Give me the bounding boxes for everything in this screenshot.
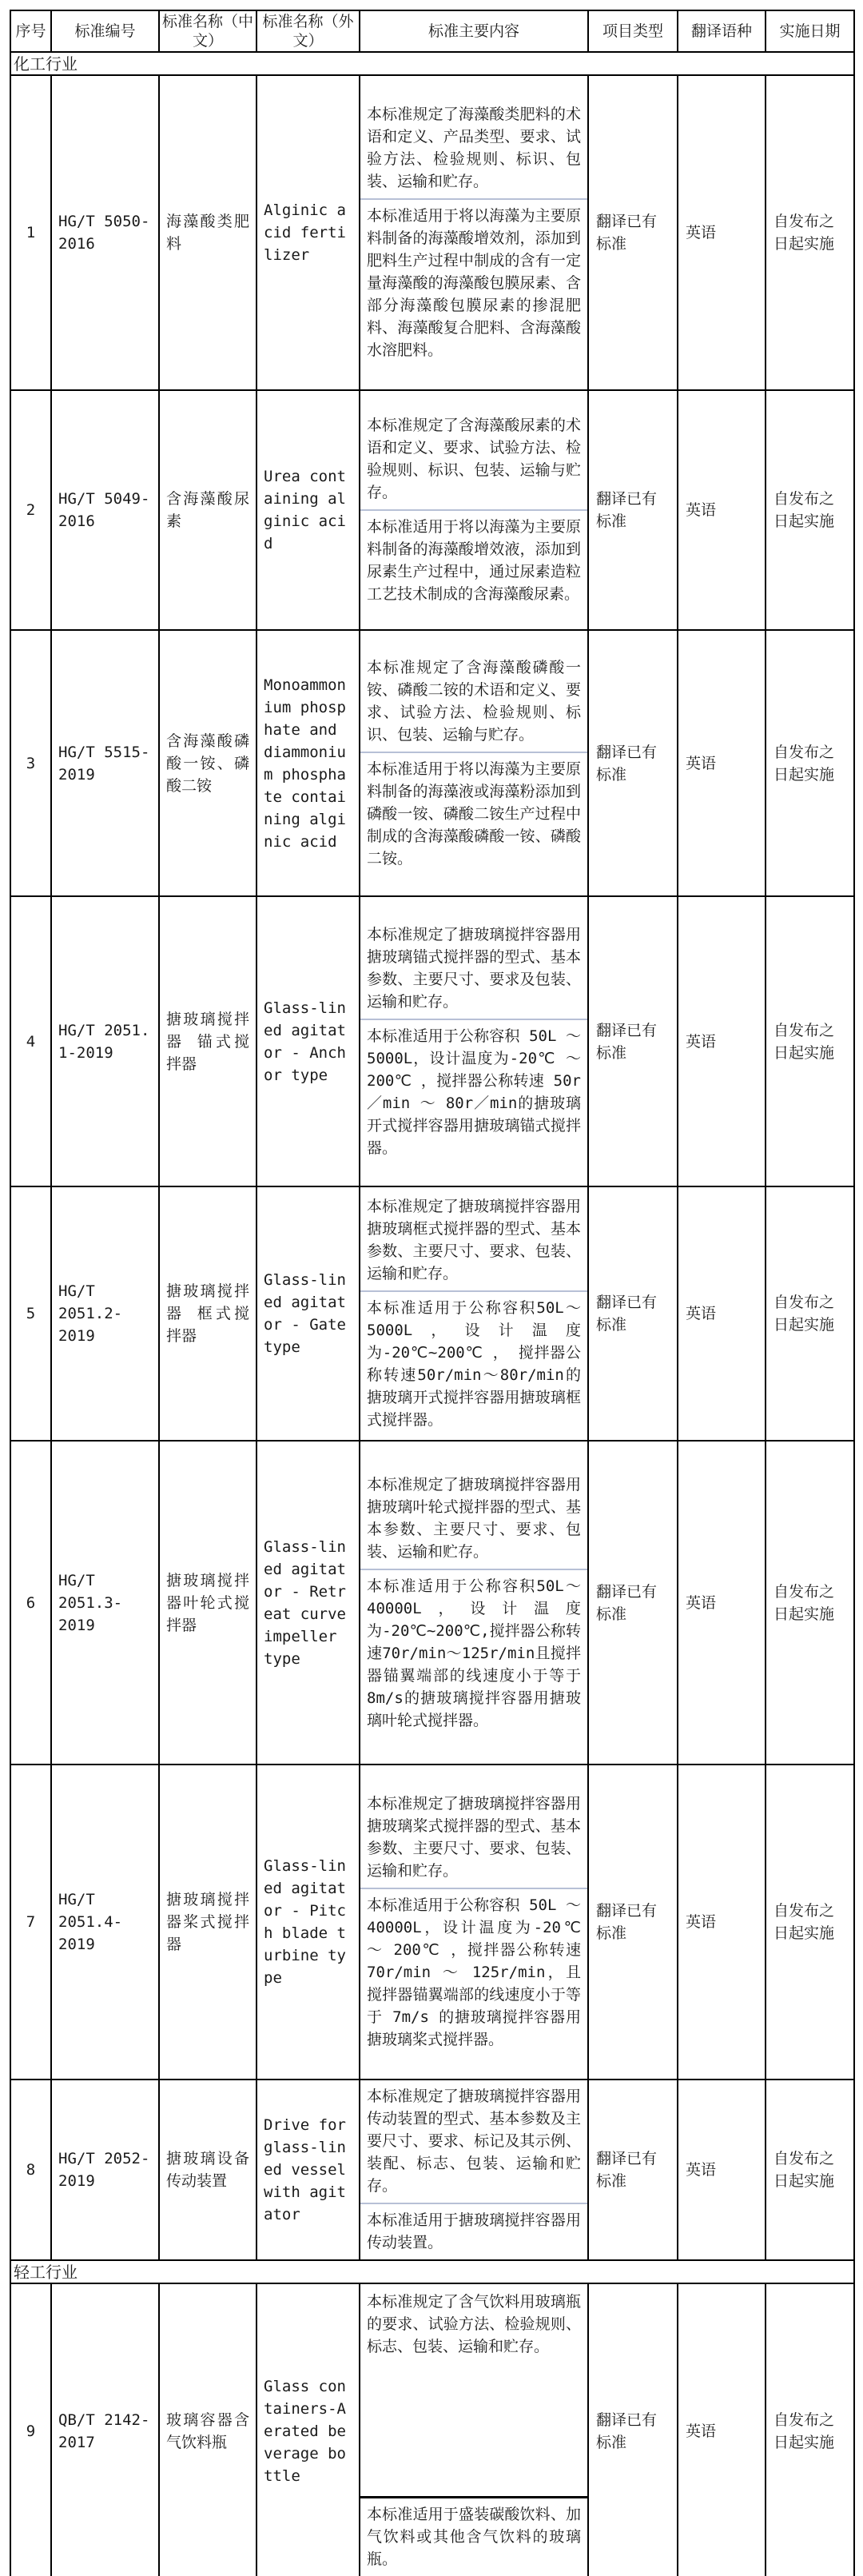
cell-project-type: 翻译已有标准 <box>588 2080 678 2260</box>
cell-main-content: 本标准规定了含海藻酸磷酸一铵、磷酸二铵的术语和定义、要求、试验方法、检验规则、标… <box>360 630 588 896</box>
cell-standard-name-en: Glass-lined agitator - Pitch blade turbi… <box>257 1765 360 2080</box>
cell-serial-number: 1 <box>10 75 51 390</box>
cell-main-content: 本标准规定了搪玻璃搅拌容器用传动装置的型式、基本参数及主要尺寸、要求、标记及其示… <box>360 2080 588 2260</box>
table-row: 6 HG/T 2051.3-2019 搪玻璃搅拌器叶轮式搅拌器 Glass-li… <box>10 1441 854 1765</box>
standards-table: 序号 标准编号 标准名称（中文） 标准名称（外文） 标准主要内容 项目类型 翻译… <box>10 10 855 2576</box>
main-content-wrap: 本标准规定了搪玻璃搅拌容器用搪玻璃叶轮式搅拌器的型式、基本参数、主要尺寸、要求、… <box>360 1469 587 1737</box>
cell-translation-language: 英语 <box>678 2080 766 2260</box>
section-title: 轻工行业 <box>10 2260 854 2283</box>
content-scope-paragraph: 本标准规定了搪玻璃搅拌容器用搪玻璃锚式搅拌器的型式、基本参数、主要尺寸、要求及包… <box>360 919 587 1019</box>
cell-standard-code: HG/T 5515-2019 <box>51 630 159 896</box>
cell-translation-language: 英语 <box>678 896 766 1186</box>
col-header-main-content: 标准主要内容 <box>360 10 588 52</box>
cell-translation-language: 英语 <box>678 1765 766 2080</box>
main-content-wrap: 本标准规定了搪玻璃搅拌容器用搪玻璃桨式搅拌器的型式、基本参数、主要尺寸、要求、包… <box>360 1788 587 2056</box>
document-page: 序号 标准编号 标准名称（中文） 标准名称（外文） 标准主要内容 项目类型 翻译… <box>0 0 863 2576</box>
cell-standard-name-cn: 含海藻酸磷酸一铵、磷酸二铵 <box>159 630 257 896</box>
col-header-implementation-date: 实施日期 <box>766 10 854 52</box>
cell-serial-number: 4 <box>10 896 51 1186</box>
cell-standard-code: HG/T 2051.4-2019 <box>51 1765 159 2080</box>
main-content-wrap: 本标准规定了含气饮料用玻璃瓶的要求、试验方法、检验规则、标志、包装、运输和贮存。… <box>360 2286 587 2576</box>
content-application-paragraph: 本标准适用于公称容积50L～5000L，设计温度为-20℃~200℃ ， 搅拌器… <box>360 1290 587 1437</box>
table-row: 1 HG/T 5050-2016 海藻酸类肥料 Alginic acid fer… <box>10 75 854 390</box>
content-application-paragraph: 本标准适用于盛装碳酸饮料、加气饮料或其他含气饮料的玻璃瓶。 <box>360 2496 587 2576</box>
content-application-paragraph: 本标准适用于公称容积50L～40000L，设计温度为-20℃~200℃,搅拌器公… <box>360 1569 587 1737</box>
cell-standard-name-cn: 搪玻璃搅拌器叶轮式搅拌器 <box>159 1441 257 1765</box>
cell-main-content: 本标准规定了海藻酸类肥料的术语和定义、产品类型、要求、试验方法、检验规则、标识、… <box>360 75 588 390</box>
content-application-paragraph: 本标准适用于搪玻璃搅拌容器用传动装置。 <box>360 2203 587 2259</box>
cell-standard-code: QB/T 2142-2017 <box>51 2283 159 2576</box>
cell-implementation-date: 自发布之日起实施 <box>766 1765 854 2080</box>
cell-project-type: 翻译已有标准 <box>588 75 678 390</box>
col-header-project-type: 项目类型 <box>588 10 678 52</box>
cell-standard-name-en: Glass containers-Aerated beverage bottle <box>257 2283 360 2576</box>
header-row: 序号 标准编号 标准名称（中文） 标准名称（外文） 标准主要内容 项目类型 翻译… <box>10 10 854 52</box>
cell-serial-number: 6 <box>10 1441 51 1765</box>
content-application-paragraph: 本标准适用于将以海藻为主要原料制备的海藻酸增效液，添加到尿素生产过程中，通过尿素… <box>360 509 587 611</box>
cell-translation-language: 英语 <box>678 2283 766 2576</box>
cell-standard-code: HG/T 2051. 1-2019 <box>51 896 159 1186</box>
cell-implementation-date: 自发布之日起实施 <box>766 896 854 1186</box>
content-application-paragraph: 本标准适用于公称容积 50L ～ 5000L，设计温度为-20℃ ～ 200℃ … <box>360 1019 587 1165</box>
cell-project-type: 翻译已有标准 <box>588 1186 678 1441</box>
content-scope-paragraph: 本标准规定了搪玻璃搅拌容器用传动装置的型式、基本参数及主要尺寸、要求、标记及其示… <box>360 2080 587 2203</box>
cell-implementation-date: 自发布之日起实施 <box>766 75 854 390</box>
col-header-standard-name-cn: 标准名称（中文） <box>159 10 257 52</box>
cell-translation-language: 英语 <box>678 75 766 390</box>
cell-standard-name-cn: 搪玻璃设备传动装置 <box>159 2080 257 2260</box>
cell-implementation-date: 自发布之日起实施 <box>766 2080 854 2260</box>
table-row: 3 HG/T 5515-2019 含海藻酸磷酸一铵、磷酸二铵 Monoammon… <box>10 630 854 896</box>
cell-main-content: 本标准规定了搪玻璃搅拌容器用搪玻璃叶轮式搅拌器的型式、基本参数、主要尺寸、要求、… <box>360 1441 588 1765</box>
main-content-wrap: 本标准规定了含海藻酸磷酸一铵、磷酸二铵的术语和定义、要求、试验方法、检验规则、标… <box>360 652 587 875</box>
cell-standard-name-en: Monoammonium phosphate and diammonium ph… <box>257 630 360 896</box>
cell-translation-language: 英语 <box>678 390 766 630</box>
cell-standard-code: HG/T 2052-2019 <box>51 2080 159 2260</box>
cell-project-type: 翻译已有标准 <box>588 1441 678 1765</box>
section-title: 化工行业 <box>10 52 854 75</box>
content-scope-paragraph: 本标准规定了搪玻璃搅拌容器用搪玻璃桨式搅拌器的型式、基本参数、主要尺寸、要求、包… <box>360 1788 587 1888</box>
cell-project-type: 翻译已有标准 <box>588 630 678 896</box>
cell-standard-name-cn: 搪玻璃搅拌器 框式搅拌器 <box>159 1186 257 1441</box>
cell-serial-number: 7 <box>10 1765 51 2080</box>
main-content-wrap: 本标准规定了搪玻璃搅拌容器用传动装置的型式、基本参数及主要尺寸、要求、标记及其示… <box>360 2080 587 2259</box>
cell-standard-name-cn: 搪玻璃搅拌器 锚式搅拌器 <box>159 896 257 1186</box>
content-scope-paragraph: 本标准规定了含气饮料用玻璃瓶的要求、试验方法、检验规则、标志、包装、运输和贮存。 <box>360 2286 587 2496</box>
cell-main-content: 本标准规定了搪玻璃搅拌容器用搪玻璃框式搅拌器的型式、基本参数、主要尺寸、要求、包… <box>360 1186 588 1441</box>
cell-main-content: 本标准规定了含气饮料用玻璃瓶的要求、试验方法、检验规则、标志、包装、运输和贮存。… <box>360 2283 588 2576</box>
col-header-translation-language: 翻译语种 <box>678 10 766 52</box>
table-row: 9 QB/T 2142-2017 玻璃容器含气饮料瓶 Glass contain… <box>10 2283 854 2576</box>
cell-implementation-date: 自发布之日起实施 <box>766 1441 854 1765</box>
cell-standard-name-en: Glass-lined agitator - Retreat curve imp… <box>257 1441 360 1765</box>
table-row: 8 HG/T 2052-2019 搪玻璃设备传动装置 Drive for gla… <box>10 2080 854 2260</box>
cell-project-type: 翻译已有标准 <box>588 2283 678 2576</box>
main-content-wrap: 本标准规定了海藻酸类肥料的术语和定义、产品类型、要求、试验方法、检验规则、标识、… <box>360 98 587 367</box>
cell-standard-name-en: Alginic acid fertilizer <box>257 75 360 390</box>
cell-standard-code: HG/T 5049-2016 <box>51 390 159 630</box>
cell-standard-name-en: Glass-lined agitator - Anchor type <box>257 896 360 1186</box>
col-header-standard-name-en: 标准名称（外文） <box>257 10 360 52</box>
cell-main-content: 本标准规定了搪玻璃搅拌容器用搪玻璃桨式搅拌器的型式、基本参数、主要尺寸、要求、包… <box>360 1765 588 2080</box>
col-header-standard-code: 标准编号 <box>51 10 159 52</box>
cell-implementation-date: 自发布之日起实施 <box>766 2283 854 2576</box>
cell-translation-language: 英语 <box>678 1186 766 1441</box>
col-header-serial-number: 序号 <box>10 10 51 52</box>
main-content-wrap: 本标准规定了搪玻璃搅拌容器用搪玻璃锚式搅拌器的型式、基本参数、主要尺寸、要求及包… <box>360 919 587 1165</box>
cell-standard-name-en: Drive for glass-lined vessel with agitat… <box>257 2080 360 2260</box>
table-row: 5 HG/T 2051.2-2019 搪玻璃搅拌器 框式搅拌器 Glass-li… <box>10 1186 854 1441</box>
section-row: 化工行业 <box>10 52 854 75</box>
main-content-wrap: 本标准规定了含海藻酸尿素的术语和定义、要求、试验方法、检验规则、标识、包装、运输… <box>360 409 587 611</box>
cell-standard-code: HG/T 2051.3-2019 <box>51 1441 159 1765</box>
cell-standard-name-cn: 海藻酸类肥料 <box>159 75 257 390</box>
table-row: 2 HG/T 5049-2016 含海藻酸尿素 Urea containing … <box>10 390 854 630</box>
content-scope-paragraph: 本标准规定了搪玻璃搅拌容器用搪玻璃叶轮式搅拌器的型式、基本参数、主要尺寸、要求、… <box>360 1469 587 1569</box>
cell-serial-number: 8 <box>10 2080 51 2260</box>
cell-serial-number: 2 <box>10 390 51 630</box>
cell-project-type: 翻译已有标准 <box>588 390 678 630</box>
cell-standard-code: HG/T 2051.2-2019 <box>51 1186 159 1441</box>
cell-serial-number: 5 <box>10 1186 51 1441</box>
content-scope-paragraph: 本标准规定了搪玻璃搅拌容器用搪玻璃框式搅拌器的型式、基本参数、主要尺寸、要求、包… <box>360 1190 587 1290</box>
table-row: 4 HG/T 2051. 1-2019 搪玻璃搅拌器 锚式搅拌器 Glass-l… <box>10 896 854 1186</box>
content-scope-paragraph: 本标准规定了含海藻酸磷酸一铵、磷酸二铵的术语和定义、要求、试验方法、检验规则、标… <box>360 652 587 752</box>
cell-implementation-date: 自发布之日起实施 <box>766 1186 854 1441</box>
cell-standard-code: HG/T 5050-2016 <box>51 75 159 390</box>
content-scope-paragraph: 本标准规定了海藻酸类肥料的术语和定义、产品类型、要求、试验方法、检验规则、标识、… <box>360 98 587 198</box>
cell-serial-number: 3 <box>10 630 51 896</box>
cell-project-type: 翻译已有标准 <box>588 1765 678 2080</box>
cell-standard-name-en: Glass-lined agitator - Gate type <box>257 1186 360 1441</box>
cell-standard-name-en: Urea containing alginic acid <box>257 390 360 630</box>
cell-standard-name-cn: 搪玻璃搅拌器桨式搅拌器 <box>159 1765 257 2080</box>
cell-project-type: 翻译已有标准 <box>588 896 678 1186</box>
content-application-paragraph: 本标准适用于将以海藻为主要原料制备的海藻酸增效剂，添加到肥料生产过程中制成的含有… <box>360 198 587 367</box>
main-content-wrap: 本标准规定了搪玻璃搅拌容器用搪玻璃框式搅拌器的型式、基本参数、主要尺寸、要求、包… <box>360 1190 587 1437</box>
cell-standard-name-cn: 含海藻酸尿素 <box>159 390 257 630</box>
content-scope-paragraph: 本标准规定了含海藻酸尿素的术语和定义、要求、试验方法、检验规则、标识、包装、运输… <box>360 409 587 509</box>
cell-serial-number: 9 <box>10 2283 51 2576</box>
cell-implementation-date: 自发布之日起实施 <box>766 630 854 896</box>
content-application-paragraph: 本标准适用于将以海藻为主要原料制备的海藻液或海藻粉添加到磷酸一铵、磷酸二铵生产过… <box>360 752 587 875</box>
cell-translation-language: 英语 <box>678 1441 766 1765</box>
cell-standard-name-cn: 玻璃容器含气饮料瓶 <box>159 2283 257 2576</box>
section-row: 轻工行业 <box>10 2260 854 2283</box>
cell-main-content: 本标准规定了含海藻酸尿素的术语和定义、要求、试验方法、检验规则、标识、包装、运输… <box>360 390 588 630</box>
cell-implementation-date: 自发布之日起实施 <box>766 390 854 630</box>
cell-main-content: 本标准规定了搪玻璃搅拌容器用搪玻璃锚式搅拌器的型式、基本参数、主要尺寸、要求及包… <box>360 896 588 1186</box>
cell-translation-language: 英语 <box>678 630 766 896</box>
table-row: 7 HG/T 2051.4-2019 搪玻璃搅拌器桨式搅拌器 Glass-lin… <box>10 1765 854 2080</box>
content-application-paragraph: 本标准适用于公称容积 50L ～40000L，设计温度为-20℃ ～ 200℃ … <box>360 1888 587 2056</box>
